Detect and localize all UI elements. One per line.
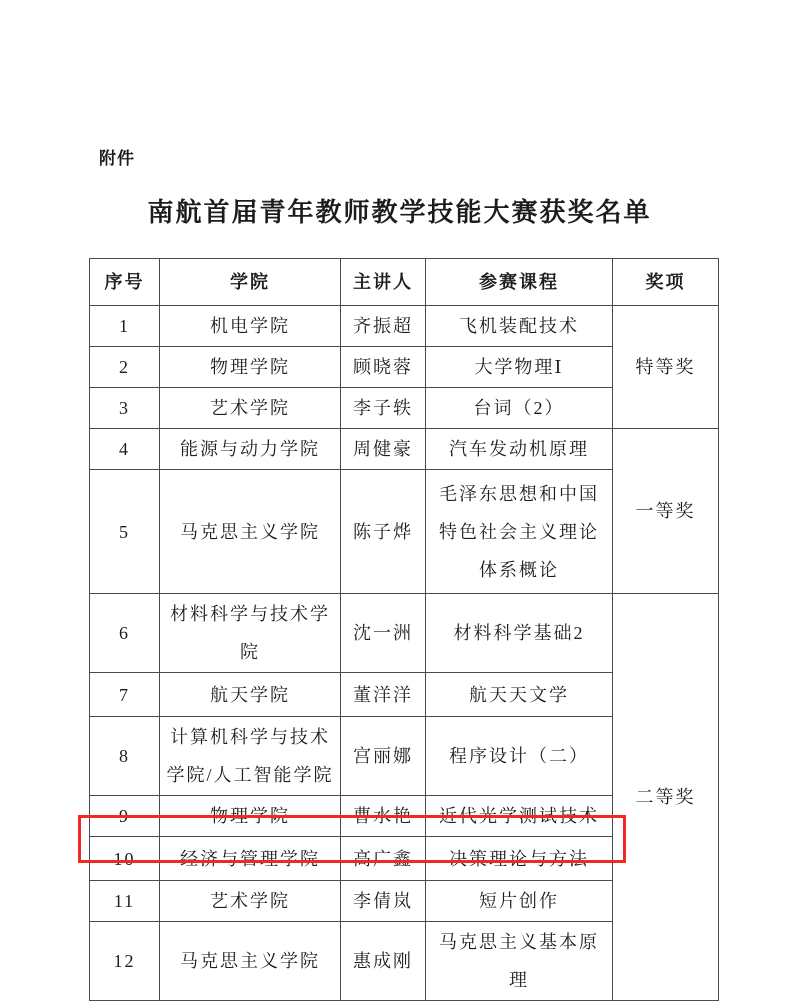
speaker-cell: 陈子烨	[341, 470, 426, 594]
college-cell: 机电学院	[160, 306, 341, 347]
college-cell: 物理学院	[160, 796, 341, 837]
column-header-speaker: 主讲人	[341, 259, 426, 306]
college-cell: 艺术学院	[160, 388, 341, 429]
column-header-college: 学院	[160, 259, 341, 306]
course-cell: 台词（2）	[426, 388, 613, 429]
serial-cell: 2	[90, 347, 160, 388]
speaker-cell: 高广鑫	[341, 837, 426, 881]
serial-cell: 6	[90, 594, 160, 673]
speaker-cell: 齐振超	[341, 306, 426, 347]
attachment-label: 附件	[99, 144, 135, 169]
serial-cell: 12	[90, 922, 160, 1001]
course-cell: 近代光学测试技术	[426, 796, 613, 837]
serial-cell: 1	[90, 306, 160, 347]
serial-cell: 4	[90, 429, 160, 470]
speaker-cell: 李子轶	[341, 388, 426, 429]
award-cell: 二等奖	[613, 594, 719, 1001]
college-cell: 航天学院	[160, 673, 341, 717]
course-cell: 汽车发动机原理	[426, 429, 613, 470]
award-cell: 特等奖	[613, 306, 719, 429]
serial-cell: 10	[90, 837, 160, 881]
course-cell: 材料科学基础2	[426, 594, 613, 673]
column-header-serial: 序号	[90, 259, 160, 306]
serial-cell: 5	[90, 470, 160, 594]
awards-table: 序号 学院 主讲人 参赛课程 奖项 1 机电学院 齐振超 飞机装配技术 特等奖 …	[89, 258, 719, 1001]
course-cell: 飞机装配技术	[426, 306, 613, 347]
serial-cell: 8	[90, 717, 160, 796]
column-header-award: 奖项	[613, 259, 719, 306]
course-cell: 马克思主义基本原理	[426, 922, 613, 1001]
college-cell: 马克思主义学院	[160, 470, 341, 594]
page-title: 南航首届青年教师教学技能大赛获奖名单	[0, 192, 799, 229]
course-cell: 大学物理Ⅰ	[426, 347, 613, 388]
speaker-cell: 周健豪	[341, 429, 426, 470]
table-row: 4 能源与动力学院 周健豪 汽车发动机原理 一等奖	[90, 429, 719, 470]
speaker-cell: 董洋洋	[341, 673, 426, 717]
course-cell: 航天天文学	[426, 673, 613, 717]
speaker-cell: 沈一洲	[341, 594, 426, 673]
course-cell: 毛泽东思想和中国特色社会主义理论体系概论	[426, 470, 613, 594]
course-cell: 程序设计（二）	[426, 717, 613, 796]
table-row: 6 材料科学与技术学院 沈一洲 材料科学基础2 二等奖	[90, 594, 719, 673]
college-cell: 能源与动力学院	[160, 429, 341, 470]
college-cell: 材料科学与技术学院	[160, 594, 341, 673]
college-cell: 马克思主义学院	[160, 922, 341, 1001]
course-cell: 决策理论与方法	[426, 837, 613, 881]
speaker-cell: 曹水艳	[341, 796, 426, 837]
speaker-cell: 宫丽娜	[341, 717, 426, 796]
speaker-cell: 李倩岚	[341, 881, 426, 922]
college-cell: 经济与管理学院	[160, 837, 341, 881]
column-header-course: 参赛课程	[426, 259, 613, 306]
table-header-row: 序号 学院 主讲人 参赛课程 奖项	[90, 259, 719, 306]
college-cell: 物理学院	[160, 347, 341, 388]
college-cell: 艺术学院	[160, 881, 341, 922]
table-row: 1 机电学院 齐振超 飞机装配技术 特等奖	[90, 306, 719, 347]
serial-cell: 9	[90, 796, 160, 837]
speaker-cell: 惠成刚	[341, 922, 426, 1001]
speaker-cell: 顾晓蓉	[341, 347, 426, 388]
document-page: { "page": { "attachment_label": "附件", "t…	[0, 0, 799, 1001]
serial-cell: 3	[90, 388, 160, 429]
serial-cell: 11	[90, 881, 160, 922]
award-cell: 一等奖	[613, 429, 719, 594]
college-cell: 计算机科学与技术学院/人工智能学院	[160, 717, 341, 796]
serial-cell: 7	[90, 673, 160, 717]
course-cell: 短片创作	[426, 881, 613, 922]
